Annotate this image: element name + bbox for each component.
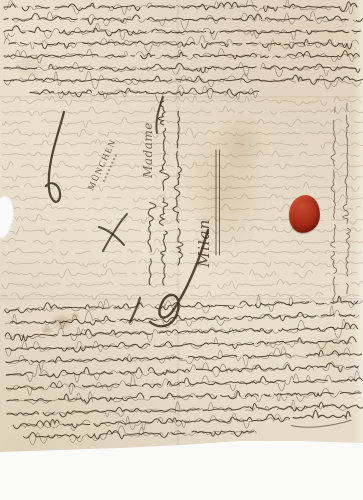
scanned-letter: MÜNCHEN Madame Milan [0,0,363,500]
handwriting-layer [0,0,363,500]
letter-paper: MÜNCHEN Madame Milan [0,0,363,500]
address-word-madame: Madame [141,95,155,205]
address-word-milan: Milan [195,183,213,303]
